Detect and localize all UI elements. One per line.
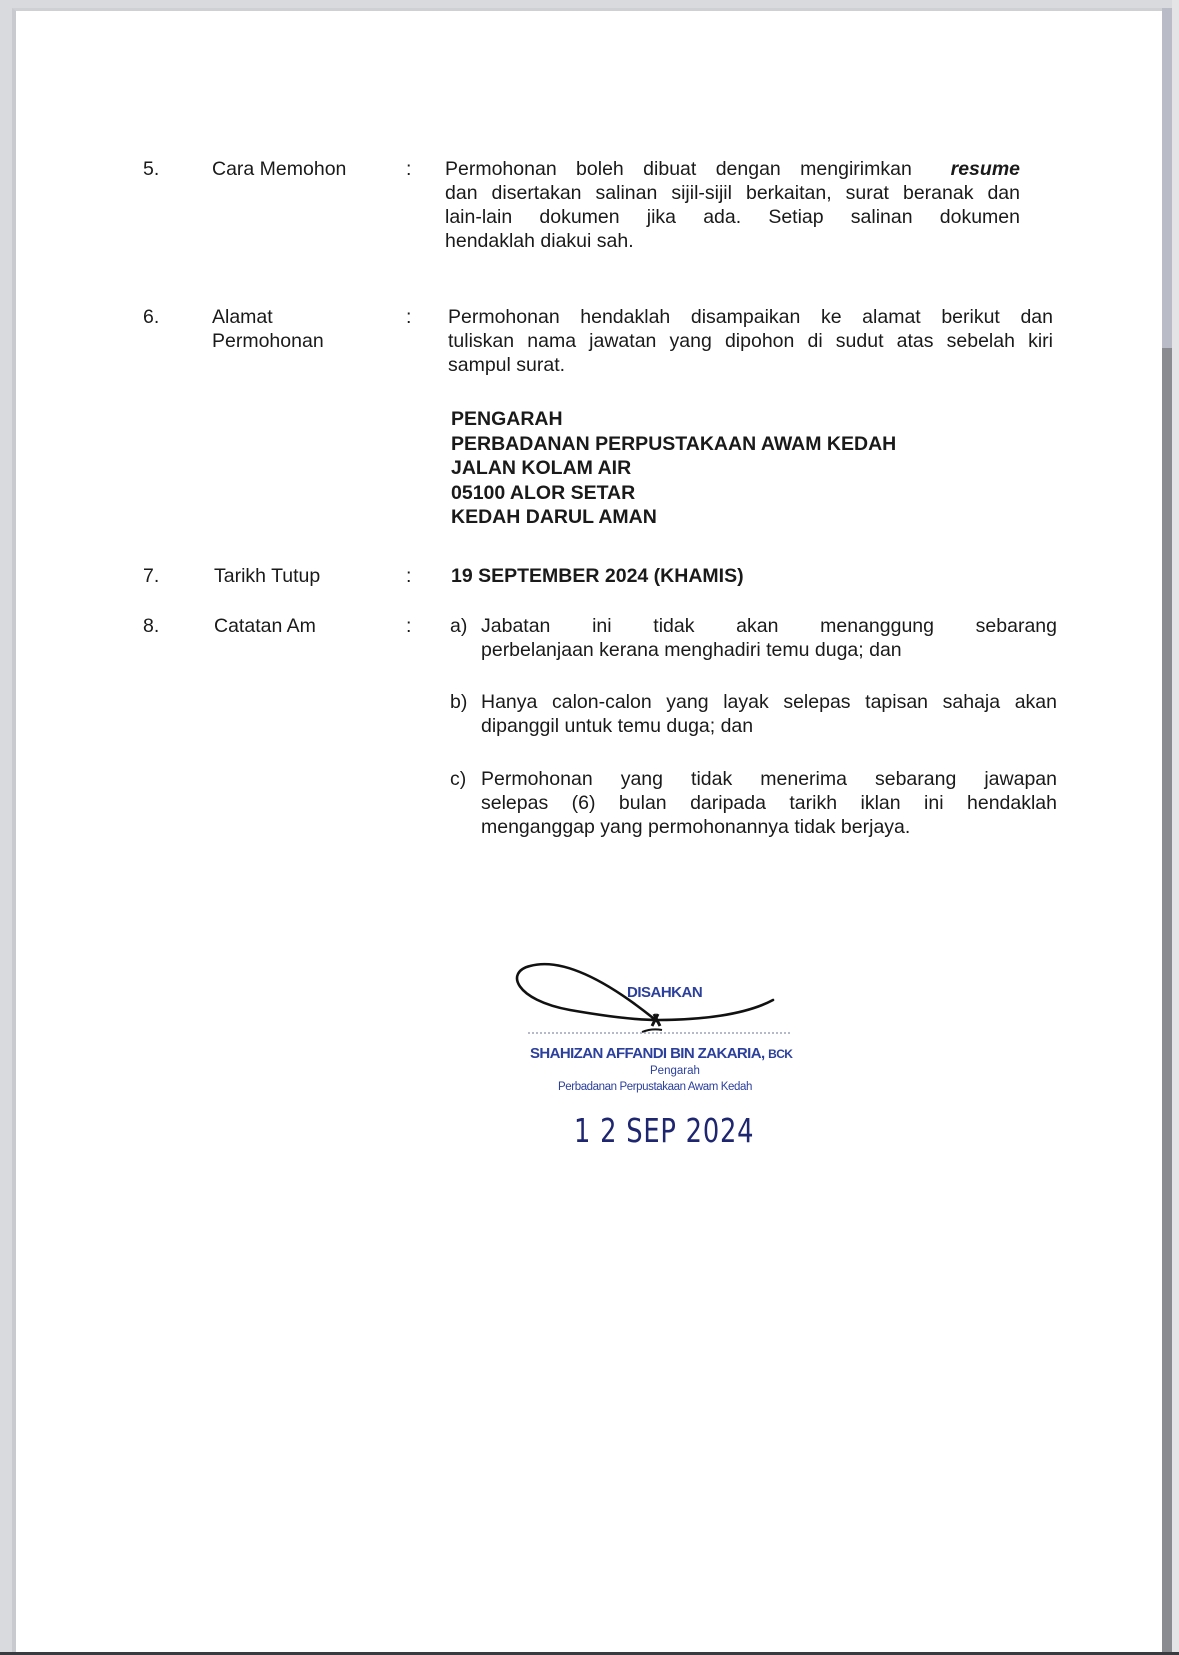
section-number: 5. <box>143 157 159 181</box>
section-label: Alamat Permohonan <box>212 305 324 353</box>
note-marker: b) <box>450 690 467 714</box>
note-text: Jabatan ini tidak akan menanggung sebara… <box>481 614 1057 662</box>
address-line: KEDAH DARUL AMAN <box>451 505 896 530</box>
section-colon: : <box>406 157 411 181</box>
viewer-edge <box>1172 0 1179 1655</box>
stamp-position: Pengarah <box>650 1065 700 1077</box>
note-marker: c) <box>450 767 466 791</box>
body-line: Permohonan hendaklah disampaikan ke alam… <box>448 305 1053 329</box>
mailing-address: PENGARAH PERBADANAN PERPUSTAKAAN AWAM KE… <box>451 407 896 530</box>
address-line: 05100 ALOR SETAR <box>451 481 896 506</box>
section-number: 8. <box>143 614 159 638</box>
section-number: 7. <box>143 564 159 588</box>
section-colon: : <box>406 564 411 588</box>
body-line: dan disertakan salinan sijil-sijil berka… <box>445 181 1020 205</box>
stamp-name: SHAHIZAN AFFANDI BIN ZAKARIA, BCK <box>530 1045 792 1062</box>
body-line: Permohonan boleh dibuat dengan mengirimk… <box>445 157 1020 181</box>
body-line: hendaklah diakui sah. <box>445 229 1020 253</box>
body-line: tuliskan nama jawatan yang dipohon di su… <box>448 329 1053 353</box>
vertical-scrollbar[interactable] <box>1162 8 1172 1655</box>
section-label: Cara Memohon <box>212 157 346 181</box>
note-marker: a) <box>450 614 467 638</box>
address-line: PENGARAH <box>451 407 896 432</box>
section-label: Catatan Am <box>214 614 316 638</box>
emphasis-resume: resume <box>951 158 1020 180</box>
date-stamp: 1 2 SEP 2024 <box>574 1111 754 1150</box>
address-line: JALAN KOLAM AIR <box>451 456 896 481</box>
closing-date: 19 SEPTEMBER 2024 (KHAMIS) <box>451 564 744 588</box>
scrollbar-thumb[interactable] <box>1162 348 1172 1655</box>
body-line: lain-lain dokumen jika ada. Setiap salin… <box>445 205 1020 229</box>
section-body: Permohonan boleh dibuat dengan mengirimk… <box>445 157 1020 253</box>
stamp-heading: DISAHKAN <box>627 984 702 1001</box>
section-number: 6. <box>143 305 159 329</box>
section-label: Tarikh Tutup <box>214 564 320 588</box>
body-line: sampul surat. <box>448 353 1053 377</box>
note-text: Hanya calon-calon yang layak selepas tap… <box>481 690 1057 738</box>
stamp-organization: Perbadanan Perpustakaan Awam Kedah <box>558 1081 752 1093</box>
section-colon: : <box>406 614 411 638</box>
note-text: Permohonan yang tidak menerima sebarang … <box>481 767 1057 839</box>
address-line: PERBADANAN PERPUSTAKAAN AWAM KEDAH <box>451 432 896 457</box>
section-body: Permohonan hendaklah disampaikan ke alam… <box>448 305 1053 377</box>
section-colon: : <box>406 305 411 329</box>
